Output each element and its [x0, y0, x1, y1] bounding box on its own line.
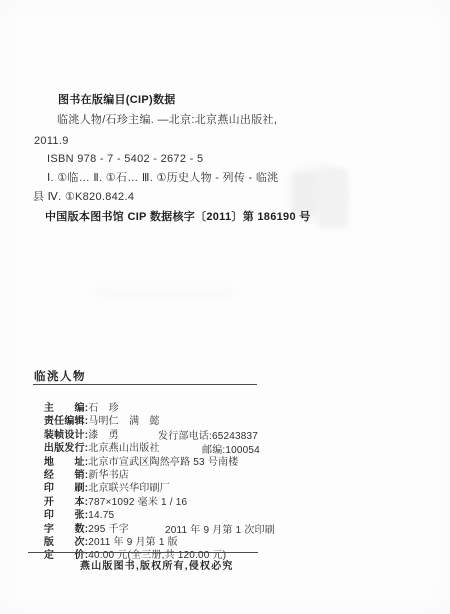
colophon-row-printer: 印 刷:北京联兴华印刷厂: [32, 471, 422, 484]
cip-description-line: 临洮人物/石珍主编. —北京:北京燕山出版社,: [57, 114, 277, 127]
colophon-row-sheets: 印 张:14.75: [32, 498, 422, 511]
title-underline: [33, 384, 257, 385]
copyright-notice: 燕山版图书,版权所有,侵权必究: [80, 557, 234, 572]
book-title: 临洮人物: [34, 368, 86, 384]
book-copyright-page: 图书在版编目(CIP)数据 临洮人物/石珍主编. —北京:北京燕山出版社, 20…: [0, 0, 450, 614]
colophon-row-chief-editor: 主 编:石 珍: [32, 391, 422, 404]
postal-code: 邮编:100054: [202, 445, 260, 457]
distribution-phone: 发行部电话:65243837: [158, 431, 258, 443]
colophon-row-design: 装帧设计:漆 勇: [32, 418, 422, 431]
colophon-row-edition: 版 次:2011 年 9 月第 1 版 2011 年 9 月第 1 次印刷: [32, 525, 422, 538]
cip-isbn-line: ISBN 978 - 7 - 5402 - 2672 - 5: [47, 153, 203, 166]
colophon-row-distributor: 经 销:新华书店: [32, 458, 422, 471]
scan-bleed-artifact: [318, 168, 348, 228]
cip-registry-number-line: 中国版本图书馆 CIP 数据核字〔2011〕第 186190 号: [45, 211, 311, 224]
colophon-row-format: 开 本:787×1092 毫米 1 / 16: [32, 485, 422, 498]
scan-bleed-artifact: [95, 288, 235, 298]
colophon-row-responsible-editor: 责任编辑:马明仁 满 懿: [32, 404, 422, 417]
cip-year-line: 2011.9: [34, 135, 69, 148]
printing-info: 2011 年 9 月第 1 次印刷: [165, 525, 275, 537]
bottom-divider: [28, 552, 258, 553]
scan-bleed-artifact: [292, 172, 318, 216]
colophon-row-address: 地 址:北京市宣武区陶然亭路 53 号南楼 邮编:100054: [32, 445, 422, 458]
colophon-row-publisher: 出版发行:北京燕山出版社 发行部电话:65243837: [32, 431, 422, 444]
colophon-row-price: 定 价:40.00 元(全三册,共 120.00 元): [32, 538, 422, 551]
cip-classification-line-2: 县 Ⅳ. ①K820.842.4: [33, 191, 134, 204]
cip-classification-line: Ⅰ. ①临… Ⅱ. ①石… Ⅲ. ①历史人物 - 列传 - 临洮: [47, 172, 278, 185]
cip-heading: 图书在版编目(CIP)数据: [58, 94, 176, 107]
colophon-row-wordcount: 字 数:295 千字: [32, 512, 422, 525]
